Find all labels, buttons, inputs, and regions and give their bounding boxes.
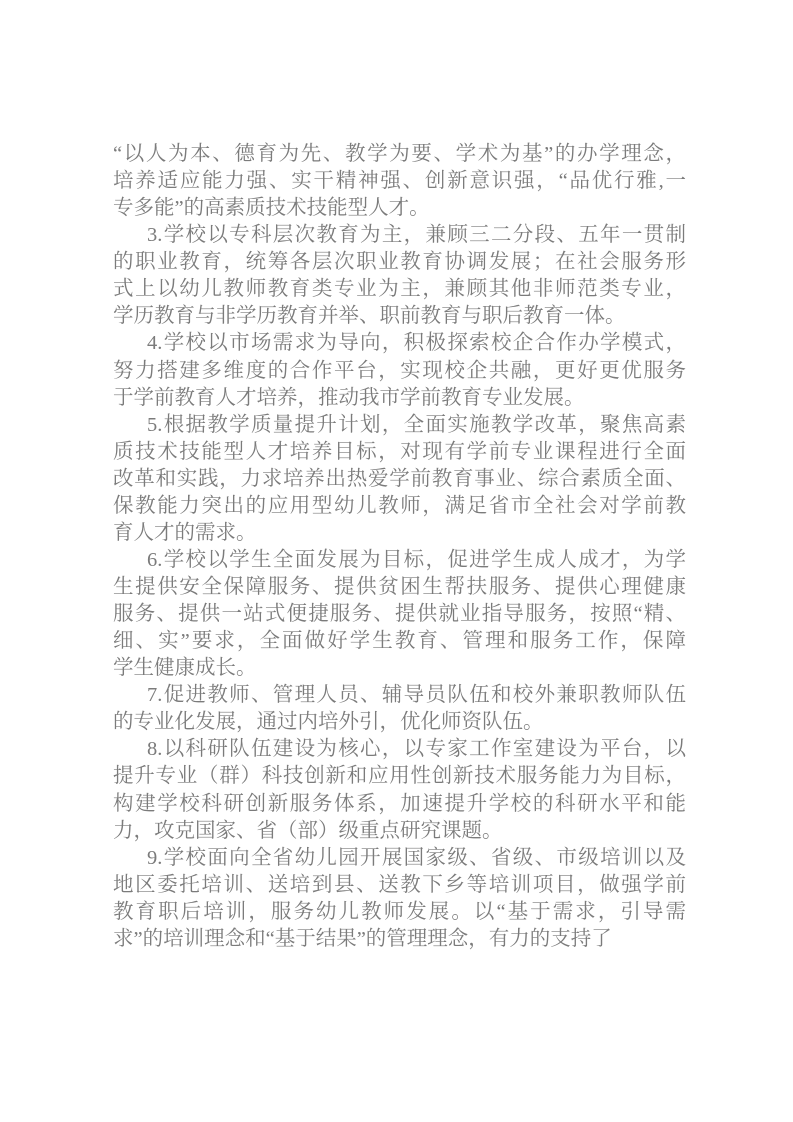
text-line: 专多能”的高素质技术技能型人才。 [113,195,686,222]
text-line: 于学前教育人才培养，推动我市学前教育专业发展。 [113,385,686,412]
text-line: 服务、提供一站式便捷服务、提供就业指导服务，按照“精、 [113,601,686,628]
text-line: 学生健康成长。 [113,655,686,682]
text-line: 的专业化发展，通过内培外引，优化师资队伍。 [113,709,686,736]
paragraph: 7.促进教师、管理人员、辅导员队伍和校外兼职教师队伍的专业化发展，通过内培外引，… [113,682,686,736]
paragraph: 4.学校以市场需求为导向，积极探索校企合作办学模式，努力搭建多维度的合作平台，实… [113,330,686,411]
text-line: 保教能力突出的应用型幼儿教师，满足省市全社会对学前教 [113,493,686,520]
paragraph: 5.根据教学质量提升计划，全面实施教学改革，聚焦高素质技术技能型人才培养目标，对… [113,412,686,547]
text-line: 育人才的需求。 [113,520,686,547]
text-line: “以人为本、德育为先、教学为要、学术为基”的办学理念， [113,141,686,168]
document-page: “以人为本、德育为先、教学为要、学术为基”的办学理念，培养适应能力强、实干精神强… [0,0,793,1122]
paragraph: 3.学校以专科层次教育为主，兼顾三二分段、五年一贯制的职业教育，统筹各层次职业教… [113,222,686,330]
text-line: 的职业教育，统筹各层次职业教育协调发展；在社会服务形 [113,249,686,276]
text-line: 4.学校以市场需求为导向，积极探索校企合作办学模式， [113,330,686,357]
paragraph: 9.学校面向全省幼儿园开展国家级、省级、市级培训以及地区委托培训、送培到县、送教… [113,845,686,953]
document-text-block: “以人为本、德育为先、教学为要、学术为基”的办学理念，培养适应能力强、实干精神强… [113,141,686,953]
text-line: 提升专业（群）科技创新和应用性创新技术服务能力为目标， [113,763,686,790]
text-line: 7.促进教师、管理人员、辅导员队伍和校外兼职教师队伍 [113,682,686,709]
text-line: 学历教育与非学历教育并举、职前教育与职后教育一体。 [113,303,686,330]
text-line: 求”的培训理念和“基于结果”的管理理念，有力的支持了 [113,926,686,953]
text-line: 质技术技能型人才培养目标，对现有学前专业课程进行全面 [113,439,686,466]
text-line: 3.学校以专科层次教育为主，兼顾三二分段、五年一贯制 [113,222,686,249]
text-line: 生提供安全保障服务、提供贫困生帮扶服务、提供心理健康 [113,574,686,601]
paragraph: 8.以科研队伍建设为核心，以专家工作室建设为平台，以提升专业（群）科技创新和应用… [113,736,686,844]
text-line: 地区委托培训、送培到县、送教下乡等培训项目，做强学前 [113,872,686,899]
text-line: 9.学校面向全省幼儿园开展国家级、省级、市级培训以及 [113,845,686,872]
text-line: 5.根据教学质量提升计划，全面实施教学改革，聚焦高素 [113,412,686,439]
paragraph: 6.学校以学生全面发展为目标，促进学生成人成才，为学生提供安全保障服务、提供贫困… [113,547,686,682]
text-line: 8.以科研队伍建设为核心，以专家工作室建设为平台，以 [113,736,686,763]
text-line: 改革和实践，力求培养出热爱学前教育事业、综合素质全面、 [113,466,686,493]
text-line: 培养适应能力强、实干精神强、创新意识强，“品优行雅,一 [113,168,686,195]
text-line: 式上以幼儿教师教育类专业为主，兼顾其他非师范类专业， [113,276,686,303]
text-line: 教育职后培训，服务幼儿教师发展。以“基于需求，引导需 [113,899,686,926]
text-line: 构建学校科研创新服务体系，加速提升学校的科研水平和能 [113,791,686,818]
text-line: 努力搭建多维度的合作平台，实现校企共融，更好更优服务 [113,358,686,385]
text-line: 细、实”要求，全面做好学生教育、管理和服务工作，保障 [113,628,686,655]
text-line: 力，攻克国家、省（部）级重点研究课题。 [113,818,686,845]
text-line: 6.学校以学生全面发展为目标，促进学生成人成才，为学 [113,547,686,574]
paragraph: “以人为本、德育为先、教学为要、学术为基”的办学理念，培养适应能力强、实干精神强… [113,141,686,222]
